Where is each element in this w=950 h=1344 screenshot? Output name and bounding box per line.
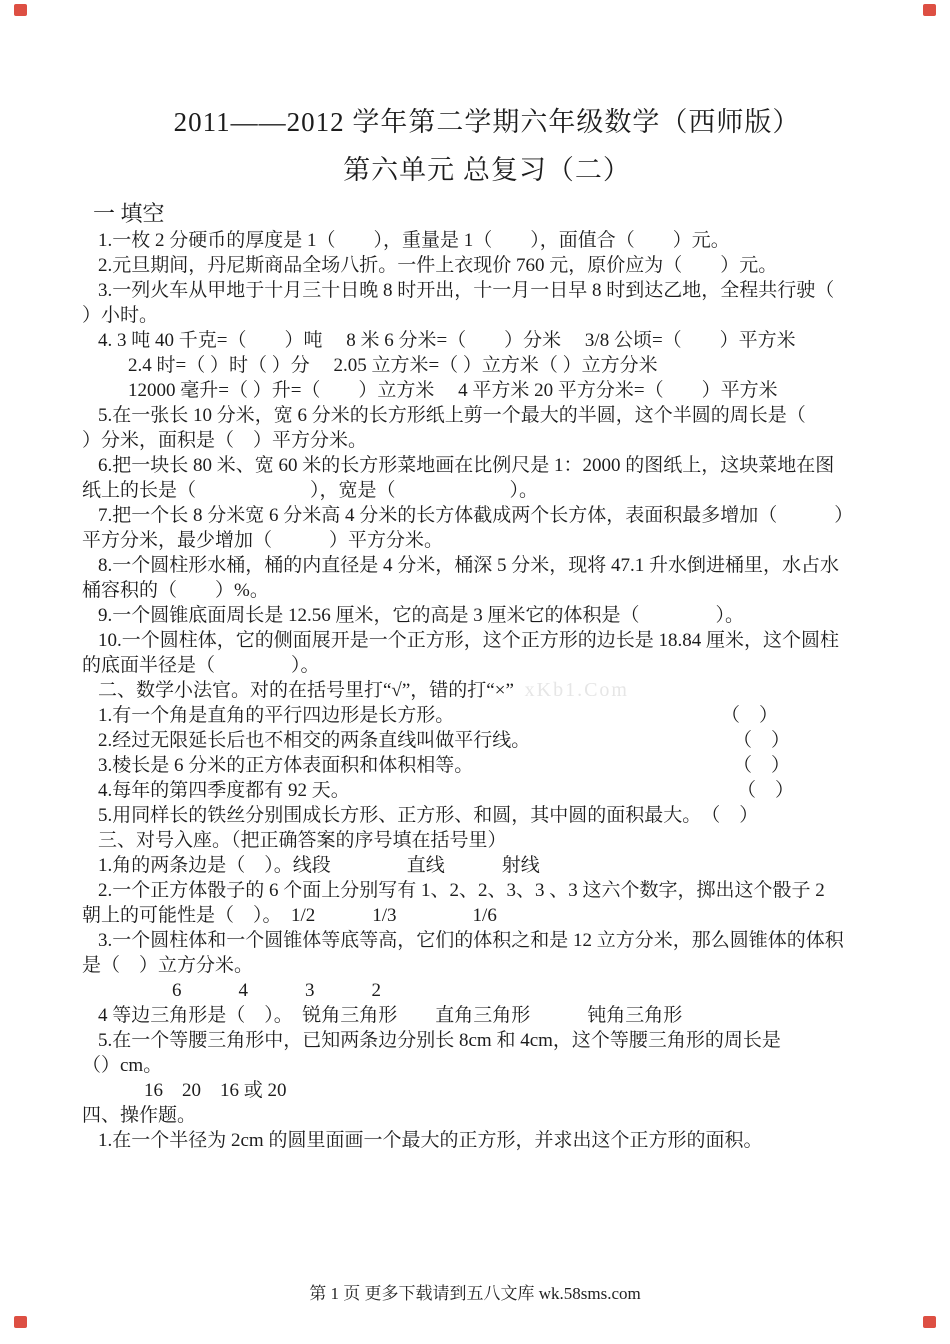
choose-line: 1.角的两条边是（ ）。线段 直线 射线: [82, 853, 892, 878]
choose-line: 是（ ）立方分米。: [82, 953, 892, 978]
corner-stamp-icon: [923, 4, 936, 16]
site-watermark: xKb1.Com: [519, 679, 629, 701]
judge-item-text: 1.有一个角是直角的平行四边形是长方形。: [98, 703, 454, 728]
fill-blanks-line: 10.一个圆柱体，它的侧面展开是一个正方形，这个正方形的边长是 18.84 厘米…: [82, 628, 892, 653]
judge-item: 3.棱长是 6 分米的正方体表面积和体积相等。 （ ）: [82, 753, 892, 778]
fill-blanks-line: 7.把一个长 8 分米宽 6 分米高 4 分米的长方体截成两个长方体，表面积最多…: [82, 503, 892, 528]
fill-blanks-line: 6.把一块长 80 米、宽 60 米的长方形菜地画在比例尺是 1：2000 的图…: [82, 453, 892, 478]
fill-blanks-line: ）小时。: [82, 303, 892, 328]
fill-blanks-line: ）分米，面积是（ ）平方分米。: [82, 428, 892, 453]
fill-blanks-line: 2.元旦期间，丹尼斯商品全场八折。一件上衣现价 760 元，原价应为（ ）元。: [82, 253, 892, 278]
fill-blanks-line: 5.在一张长 10 分米，宽 6 分米的长方形纸上剪一个最大的半圆，这个半圆的周…: [82, 403, 892, 428]
operate-line: 1.在一个半径为 2cm 的圆里面画一个最大的正方形，并求出这个正方形的面积。: [82, 1128, 892, 1153]
fill-blanks-line: 桶容积的（ ）%。: [82, 578, 892, 603]
judge-item: 5.用同样长的铁丝分别围成长方形、正方形、和圆，其中圆的面积最大。 （ ）: [82, 803, 892, 828]
choose-line: 4 等边三角形是（ ）。 锐角三角形 直角三角形 钝角三角形: [82, 1003, 892, 1028]
judge-item: 4.每年的第四季度都有 92 天。 （ ）: [82, 778, 892, 803]
answer-bracket: （ ）: [737, 778, 794, 803]
answer-bracket: （ ）: [721, 703, 778, 728]
judge-item-text: 5.用同样长的铁丝分别围成长方形、正方形、和圆，其中圆的面积最大。: [98, 803, 701, 828]
fill-blanks-line: 1.一枚 2 分硬币的厚度是 1（ ），重量是 1（ ），面值合（ ）元。: [82, 228, 892, 253]
section-judge-heading: 二、数学小法官。对的在括号里打“√”，错的打“×” xKb1.Com: [82, 678, 892, 703]
choose-line: 朝上的可能性是（ ）。 1/2 1/3 1/6: [82, 903, 892, 928]
fill-blanks-line: 的底面半径是（ ）。: [82, 653, 892, 678]
answer-bracket: （ ）: [701, 803, 758, 828]
corner-stamp-icon: [14, 1316, 27, 1328]
document-body: 2011——2012 学年第二学期六年级数学（西师版） 第六单元 总复习（二） …: [82, 0, 892, 1153]
section-fill-blanks-heading: 一 填空: [82, 200, 892, 228]
judge-item-text: 4.每年的第四季度都有 92 天。: [98, 778, 350, 803]
fill-blanks-line: 纸上的长是（ ），宽是（ ）。: [82, 478, 892, 503]
judge-item-text: 3.棱长是 6 分米的正方体表面积和体积相等。: [98, 753, 473, 778]
fill-blanks-line: 2.4 时=（ ）时（ ）分 2.05 立方米=（ ）立方米（ ）立方分米: [82, 353, 892, 378]
choose-line: 2.一个正方体骰子的 6 个面上分别写有 1、2、2、3、3 、3 这六个数字，…: [82, 878, 892, 903]
fill-blanks-line: 3.一列火车从甲地于十月三十日晚 8 时开出，十一月一日早 8 时到达乙地，全程…: [82, 278, 892, 303]
fill-blanks-line: 平方分米，最少增加（ ）平方分米。: [82, 528, 892, 553]
fill-blanks-line: 9.一个圆锥底面周长是 12.56 厘米，它的高是 3 厘米它的体积是（ ）。: [82, 603, 892, 628]
section-operate-heading: 四、操作题。: [82, 1103, 892, 1128]
choose-options: 16 20 16 或 20: [82, 1078, 892, 1103]
choose-line: 3.一个圆柱体和一个圆锥体等底等高，它们的体积之和是 12 立方分米，那么圆锥体…: [82, 928, 892, 953]
judge-item-text: 2.经过无限延长后也不相交的两条直线叫做平行线。: [98, 728, 530, 753]
choose-line: （）cm。: [82, 1053, 892, 1078]
judge-item: 2.经过无限延长后也不相交的两条直线叫做平行线。 （ ）: [82, 728, 892, 753]
choose-line: 5.在一个等腰三角形中，已知两条边分别长 8cm 和 4cm，这个等腰三角形的周…: [82, 1028, 892, 1053]
corner-stamp-icon: [14, 4, 27, 16]
page-footer: 第 1 页 更多下载请到五八文库 wk.58sms.com: [0, 1279, 950, 1304]
fill-blanks-line: 12000 毫升=（ ）升=（ ）立方米 4 平方米 20 平方分米=（ ）平方…: [82, 378, 892, 403]
corner-stamp-icon: [923, 1316, 936, 1328]
fill-blanks-line: 4. 3 吨 40 千克=（ ）吨 8 米 6 分米=（ ）分米 3/8 公顷=…: [82, 328, 892, 353]
choose-options: 6 4 3 2: [82, 978, 892, 1003]
judge-heading-text: 二、数学小法官。对的在括号里打“√”，错的打“×”: [98, 680, 514, 701]
answer-bracket: （ ）: [733, 728, 790, 753]
document-subtitle: 第六单元 总复习（二）: [82, 153, 892, 187]
worksheet-page: 2011——2012 学年第二学期六年级数学（西师版） 第六单元 总复习（二） …: [0, 0, 950, 1344]
document-title: 2011——2012 学年第二学期六年级数学（西师版）: [82, 104, 892, 140]
judge-item: 1.有一个角是直角的平行四边形是长方形。 （ ）: [82, 703, 892, 728]
answer-bracket: （ ）: [733, 753, 790, 778]
fill-blanks-line: 8.一个圆柱形水桶，桶的内直径是 4 分米，桶深 5 分米，现将 47.1 升水…: [82, 553, 892, 578]
section-choose-heading: 三、对号入座。（把正确答案的序号填在括号里）: [82, 828, 892, 853]
